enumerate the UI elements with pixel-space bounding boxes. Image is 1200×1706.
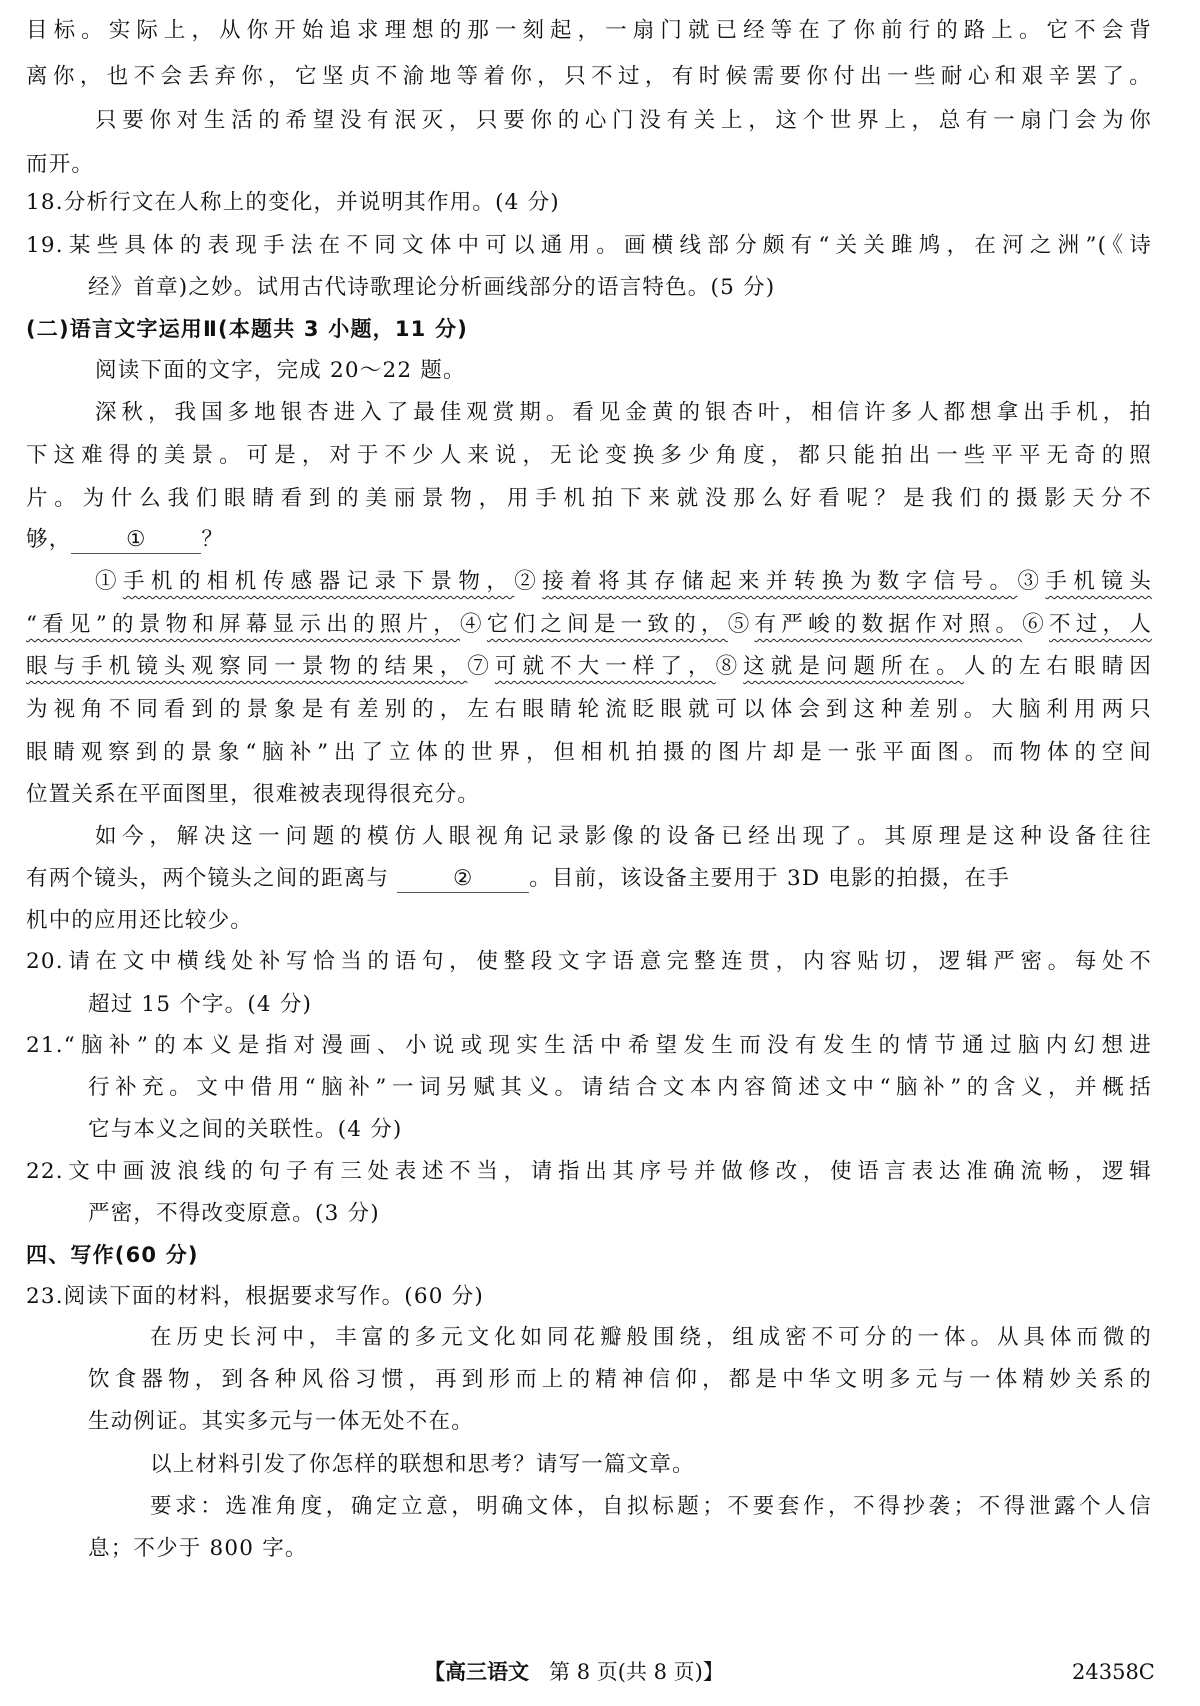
text: 人的左右眼睛因	[964, 654, 1152, 679]
num: ⑦	[467, 654, 495, 679]
instruction: 阅读下面的文字，完成 20～22 题。	[95, 356, 1152, 386]
text-line: 够，①？	[26, 525, 1152, 555]
num: ④	[460, 612, 487, 637]
num: ③	[1017, 569, 1045, 594]
question-19-cont: 经》首章)之妙。试用古代诗歌理论分析画线部分的语言特色。(5 分)	[88, 273, 1152, 303]
wavy-text: 手机镜头	[1045, 569, 1152, 594]
text-line: 目标。实际上，从你开始追求理想的那一刻起，一扇门就已经等在了你前行的路上。它不会…	[26, 16, 1152, 46]
writing-prompt: 以上材料引发了你怎样的联想和思考？请写一篇文章。	[150, 1450, 1200, 1480]
text-line: 眼睛观察到的景象“脑补”出了立体的世界，但相机拍摄的图片却是一张平面图。而物体的…	[26, 738, 1152, 768]
section-heading: 四、写作(60 分)	[26, 1240, 1152, 1270]
question-21-cont: 行补充。文中借用“脑补”一词另赋其义。请结合文本内容简述文中“脑补”的含义，并概…	[88, 1073, 1152, 1103]
wavy-line-2: “看见”的景物和屏幕显示出的照片，④它们之间是一致的，⑤有严峻的数据作对照。⑥不…	[26, 610, 1152, 640]
paper-code: 24358C	[1072, 1658, 1155, 1686]
text-line: 机中的应用还比较少。	[26, 906, 1152, 936]
fill-blank-2: ②	[397, 866, 529, 893]
requirements-cont: 息；不少于 800 字。	[88, 1534, 1152, 1564]
question-22: 22.文中画波浪线的句子有三处表述不当，请指出其序号并做修改，使语言表达准确流畅…	[26, 1157, 1152, 1187]
text-line: 只要你对生活的希望没有泯灭，只要你的心门没有关上，这个世界上，总有一扇门会为你	[95, 106, 1152, 136]
num: ①	[95, 569, 123, 594]
text-line: 片。为什么我们眼睛看到的美丽景物，用手机拍下来就没那么好看呢？是我们的摄影天分不	[26, 484, 1152, 514]
question-22-cont: 严密，不得改变原意。(3 分)	[88, 1199, 1152, 1229]
requirements: 要求：选准角度，确定立意，明确文体，自拟标题；不要套作，不得抄袭；不得泄露个人信	[150, 1492, 1152, 1522]
question-23: 23.阅读下面的材料，根据要求写作。(60 分)	[26, 1282, 1152, 1312]
material-line: 生动例证。其实多元与一体无处不在。	[88, 1407, 1152, 1437]
wavy-text: 眼与手机镜头观察同一景物的结果，	[26, 654, 467, 679]
text-line: 离你，也不会丢弃你，它坚贞不渝地等着你，只不过，有时候需要你付出一些耐心和艰辛罢…	[26, 62, 1152, 92]
wavy-text: 不过，人	[1049, 612, 1152, 637]
question-21-cont: 它与本义之间的关联性。(4 分)	[88, 1115, 1152, 1145]
text-line: 位置关系在平面图里，很难被表现得很充分。	[26, 780, 1152, 810]
text: 够，	[26, 527, 71, 552]
num: ⑧	[716, 654, 744, 679]
question-20-cont: 超过 15 个字。(4 分)	[88, 990, 1152, 1020]
num: ②	[514, 569, 542, 594]
text-line: 下这难得的美景。可是，对于不少人来说，无论变换多少角度，都只能拍出一些平平无奇的…	[26, 441, 1152, 471]
question-18: 18.分析行文在人称上的变化，并说明其作用。(4 分)	[26, 188, 1152, 218]
text-line: 而开。	[26, 150, 1152, 180]
text-line: 为视角不同看到的景象是有差别的，左右眼睛轮流眨眼就可以体会到这种差别。大脑利用两…	[26, 695, 1152, 725]
num: ⑤	[728, 612, 755, 637]
wavy-text: 有严峻的数据作对照。	[755, 612, 1023, 637]
text-line: 如今，解决这一问题的模仿人眼视角记录影像的设备已经出现了。其原理是这种设备往往	[95, 822, 1152, 852]
text: 有两个镜头，两个镜头之间的距离与	[26, 866, 389, 891]
page-footer: 【高三语文 第 8 页(共 8 页)】	[424, 1658, 724, 1686]
footer-page-number: 第 8 页(共 8 页)】	[549, 1660, 724, 1684]
wavy-text: 可就不大一样了，	[495, 654, 716, 679]
wavy-line-1: ①手机的相机传感器记录下景物，②接着将其存储起来并转换为数字信号。③手机镜头	[95, 567, 1152, 597]
wavy-text: 它们之间是一致的，	[487, 612, 728, 637]
wavy-text: 手机的相机传感器记录下景物，	[123, 569, 514, 594]
text: 。目前，该设备主要用于 3D 电影的拍摄，在手	[529, 866, 1010, 891]
text-line: 深秋，我国多地银杏进入了最佳观赏期。看见金黄的银杏叶，相信许多人都想拿出手机，拍	[95, 398, 1152, 428]
question-19: 19.某些具体的表现手法在不同文体中可以通用。画横线部分颇有“关关雎鸠，在河之洲…	[26, 231, 1152, 261]
section-heading: (二)语言文字运用Ⅱ(本题共 3 小题，11 分)	[26, 314, 1152, 344]
footer-subject: 【高三语文	[424, 1660, 529, 1684]
material-line: 饮食器物，到各种风俗习惯，再到形而上的精神信仰，都是中华文明多元与一体精妙关系的	[88, 1365, 1152, 1395]
wavy-text: 接着将其存储起来并转换为数字信号。	[542, 569, 1017, 594]
text: ？	[201, 527, 224, 552]
num: ⑥	[1022, 612, 1049, 637]
question-20: 20.请在文中横线处补写恰当的语句，使整段文字语意完整连贯，内容贴切，逻辑严密。…	[26, 947, 1152, 977]
material-line: 在历史长河中，丰富的多元文化如同花瓣般围绕，组成密不可分的一体。从具体而微的	[150, 1323, 1152, 1353]
question-21: 21.“脑补”的本义是指对漫画、小说或现实生活中希望发生而没有发生的情节通过脑内…	[26, 1031, 1152, 1061]
wavy-text: 这就是问题所在。	[743, 654, 964, 679]
wavy-line-3: 眼与手机镜头观察同一景物的结果，⑦可就不大一样了，⑧这就是问题所在。人的左右眼睛…	[26, 652, 1152, 682]
fill-blank-1: ①	[71, 527, 201, 554]
wavy-text: “看见”的景物和屏幕显示出的照片，	[26, 612, 460, 637]
text-line: 有两个镜头，两个镜头之间的距离与②。目前，该设备主要用于 3D 电影的拍摄，在手	[26, 864, 1152, 894]
